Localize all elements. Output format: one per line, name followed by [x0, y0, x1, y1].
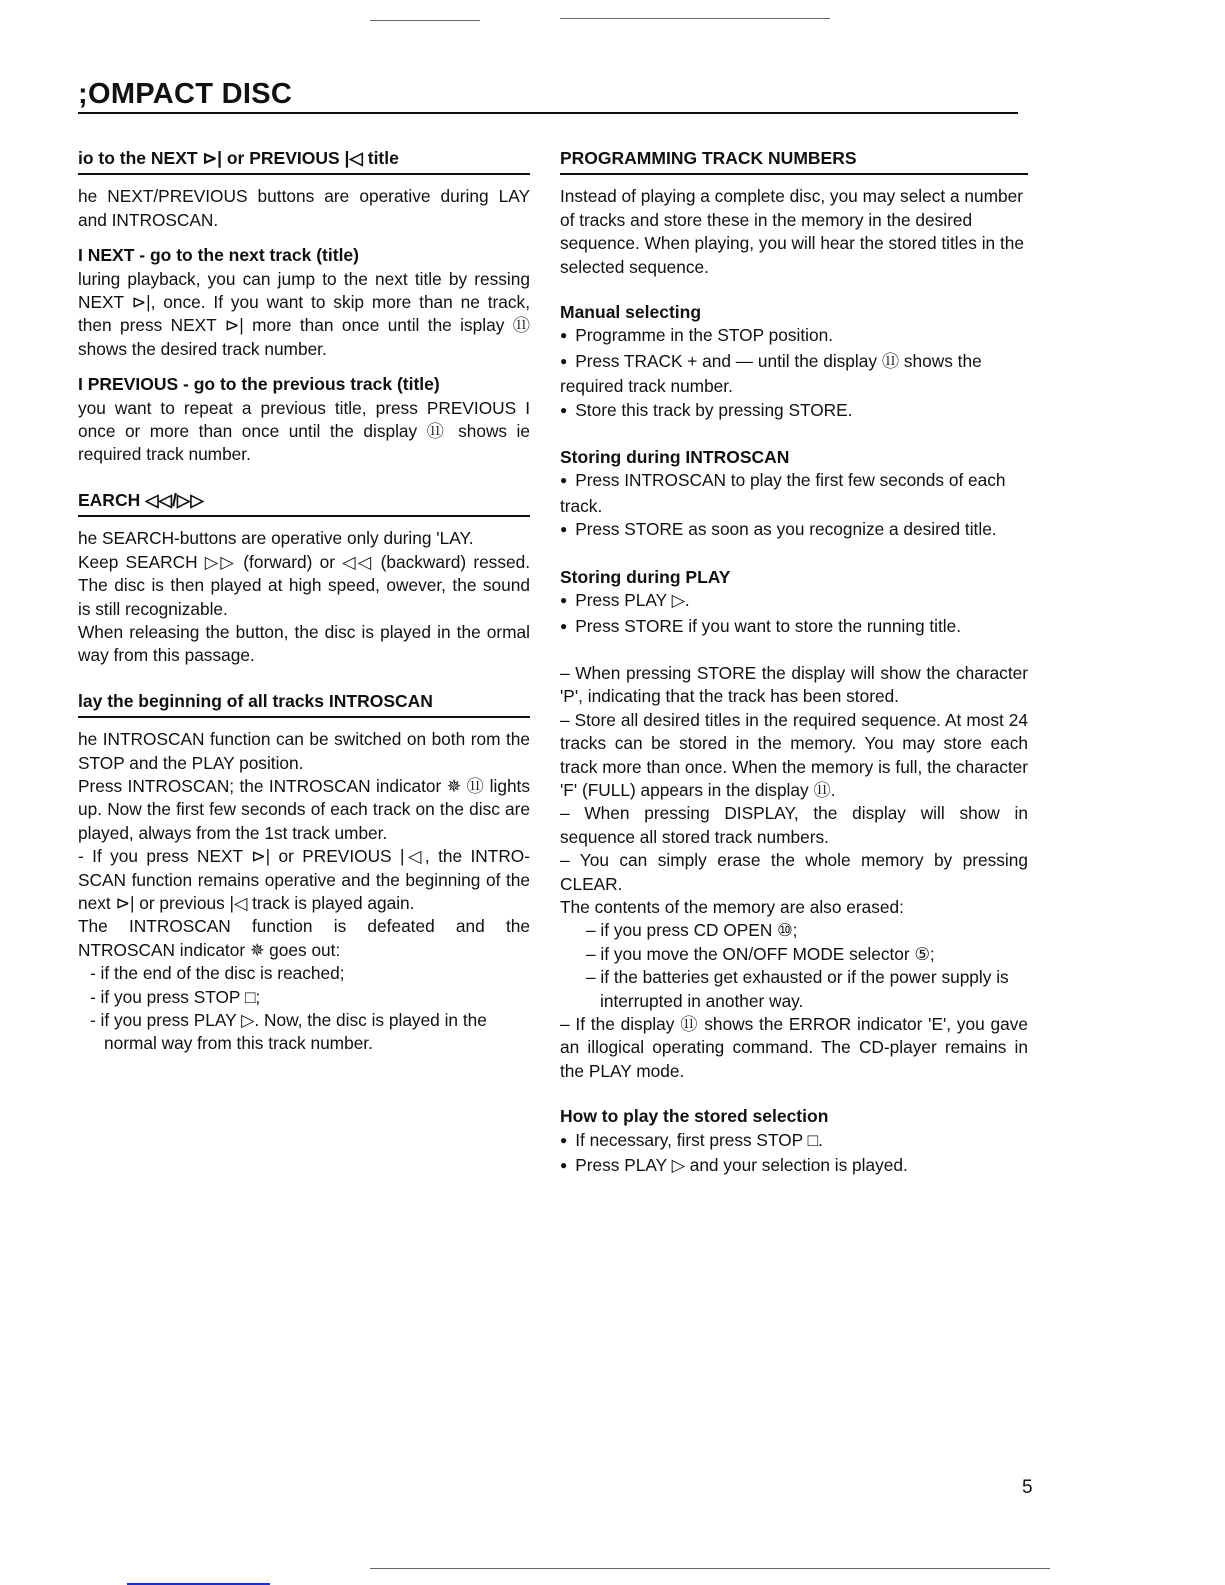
right-column: PROGRAMMING TRACK NUMBERS Instead of pla… [560, 147, 1028, 1179]
list-item: Press INTROSCAN to play the first few se… [560, 469, 1028, 518]
list-item: Press PLAY ▷. [560, 589, 1028, 614]
section-heading-programming: PROGRAMMING TRACK NUMBERS [560, 147, 1028, 175]
list-item: – if you press CD OPEN ⑩; [560, 919, 1028, 942]
subheading-next: I NEXT - go to the next track (title) [78, 244, 530, 267]
paragraph: – When pressing DISPLAY, the display wil… [560, 802, 1028, 849]
scan-artifact [560, 18, 830, 19]
list-item: - if the end of the disc is reached; [78, 962, 530, 985]
list-item: If necessary, first press STOP □. [560, 1129, 1028, 1154]
paragraph: he NEXT/PREVIOUS buttons are operative d… [78, 185, 530, 232]
list-item: Press TRACK + and — until the display ⑪ … [560, 350, 1028, 399]
subheading-manual: Manual selecting [560, 301, 1028, 324]
paragraph: Instead of playing a complete disc, you … [560, 185, 1028, 279]
paragraph: The INTROSCAN function is defeated and t… [78, 915, 530, 962]
subheading-storing-introscan: Storing during INTROSCAN [560, 446, 1028, 469]
list-item: Programme in the STOP position. [560, 324, 1028, 349]
paragraph: – Store all desired titles in the requir… [560, 709, 1028, 803]
list-item: - if you press PLAY ▷. Now, the disc is … [78, 1009, 530, 1056]
paragraph: Keep SEARCH ▷▷ (forward) or ◁◁ (backward… [78, 551, 530, 621]
paragraph: he INTROSCAN function can be switched on… [78, 728, 530, 775]
section-heading-next-previous: io to the NEXT ⊳| or PREVIOUS |◁ title [78, 147, 530, 175]
list-item: Press STORE if you want to store the run… [560, 615, 1028, 640]
subheading-previous: I PREVIOUS - go to the previous track (t… [78, 373, 530, 396]
paragraph: he SEARCH-buttons are operative only dur… [78, 527, 530, 550]
page-title: ;OMPACT DISC [78, 78, 1018, 114]
paragraph: When releasing the button, the disc is p… [78, 621, 530, 668]
left-column: io to the NEXT ⊳| or PREVIOUS |◁ title h… [78, 147, 530, 1056]
paragraph: - If you press NEXT ⊳| or PREVIOUS |◁, t… [78, 845, 530, 915]
page-number: 5 [1022, 1477, 1033, 1499]
list-item: – if you move the ON/OFF MODE selector ⑤… [560, 943, 1028, 966]
subheading-storing-play: Storing during PLAY [560, 566, 1028, 589]
list-item: – if the batteries get exhausted or if t… [560, 966, 1028, 1013]
scan-artifact [370, 20, 480, 21]
list-item: Store this track by pressing STORE. [560, 399, 1028, 424]
section-heading-introscan: lay the beginning of all tracks INTROSCA… [78, 690, 530, 718]
section-heading-search: EARCH ◁◁/▷▷ [78, 489, 530, 517]
paragraph: Press INTROSCAN; the INTROSCAN indicator… [78, 775, 530, 845]
list-item: - if you press STOP □; [78, 986, 530, 1009]
paragraph: – If the display ⑪ shows the ERROR indic… [560, 1013, 1028, 1083]
scan-artifact [370, 1568, 1050, 1569]
paragraph: – You can simply erase the whole memory … [560, 849, 1028, 896]
list-item: Press STORE as soon as you recognize a d… [560, 518, 1028, 543]
list-item: Press PLAY ▷ and your selection is playe… [560, 1154, 1028, 1179]
paragraph: you want to repeat a previous title, pre… [78, 397, 530, 467]
paragraph: The contents of the memory are also eras… [560, 896, 1028, 919]
subheading-how-to-play: How to play the stored selection [560, 1105, 1028, 1128]
paragraph: – When pressing STORE the display will s… [560, 662, 1028, 709]
paragraph: luring playback, you can jump to the nex… [78, 268, 530, 362]
